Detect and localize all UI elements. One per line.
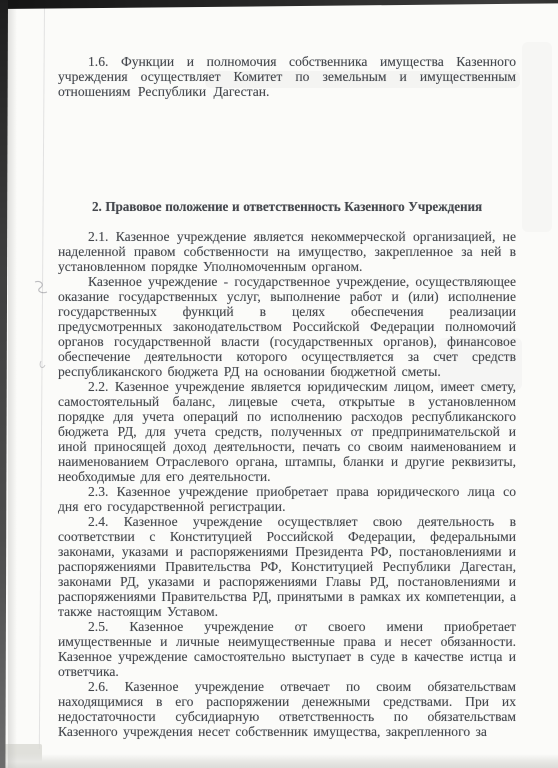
scan-edge-bottom xyxy=(0,754,558,768)
scan-smudge-mark xyxy=(33,279,49,297)
scanned-page: 1.6. Функции и полномочия собственника и… xyxy=(0,0,558,768)
scan-edge-top xyxy=(0,0,558,9)
paragraph: 2.3. Казенное учреждение приобретает пра… xyxy=(58,484,516,514)
scan-shading xyxy=(522,42,552,232)
scan-edge-left xyxy=(0,0,8,768)
document-content: 1.6. Функции и полномочия собственника и… xyxy=(58,54,516,739)
paragraph: 2.2. Казенное учреждение является юридич… xyxy=(58,379,516,484)
page-fold-line xyxy=(39,7,45,749)
paragraph: Казенное учреждение - государственное уч… xyxy=(58,274,516,379)
paragraph: 2.6. Казенное учреждение отвечает по сво… xyxy=(58,679,516,739)
scan-edge-left-seam xyxy=(8,0,17,768)
scan-smudge-mark xyxy=(37,359,49,373)
section-2-body: 2.1. Казенное учреждение является некомм… xyxy=(58,229,516,739)
paragraph: 2.5. Казенное учреждение от своего имени… xyxy=(58,619,516,679)
paragraph-1-6: 1.6. Функции и полномочия собственника и… xyxy=(58,54,516,99)
paragraph: 2.4. Казенное учреждение осуществляет св… xyxy=(58,514,516,619)
section-2-heading: 2. Правовое положение и ответственность … xyxy=(58,199,516,214)
paragraph: 2.1. Казенное учреждение является некомм… xyxy=(58,229,516,274)
